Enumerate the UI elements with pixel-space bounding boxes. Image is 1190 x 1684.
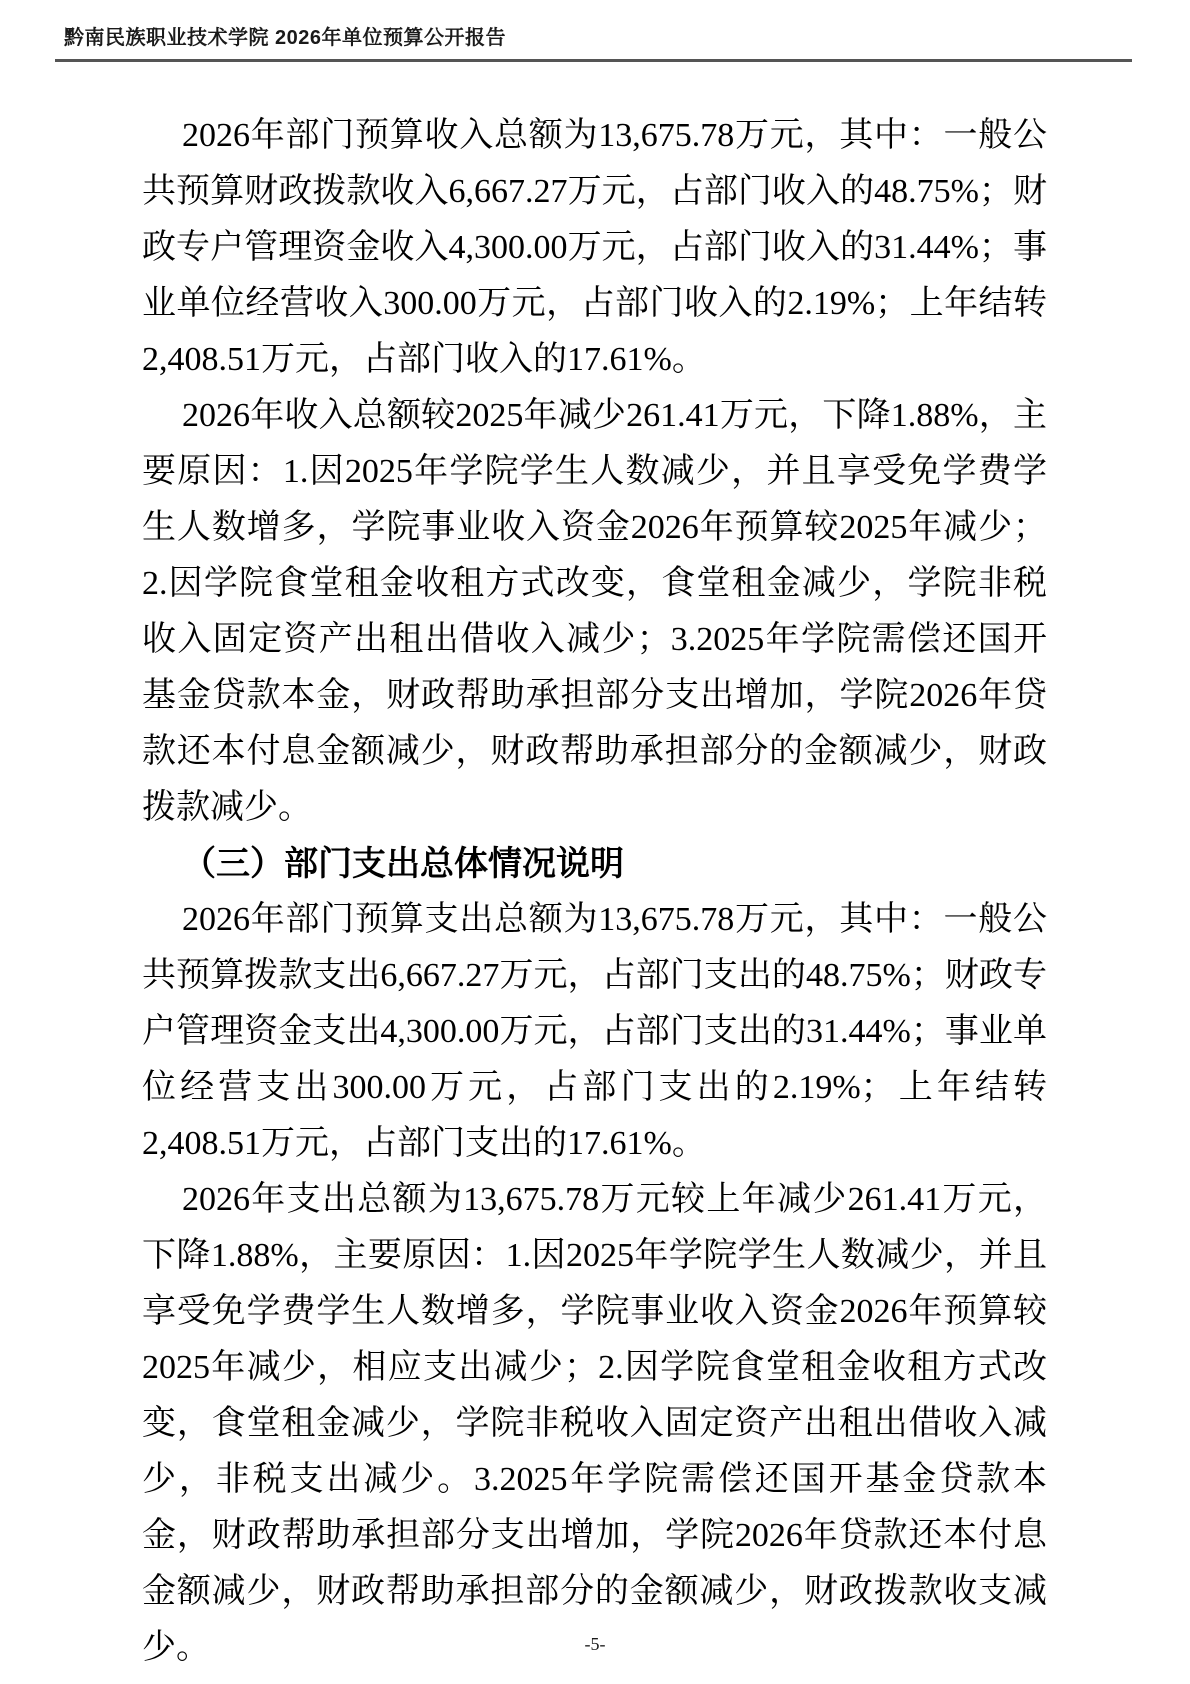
paragraph-expenditure-summary: 2026年部门预算支出总额为13,675.78万元，其中：一般公共预算拨款支出6… (142, 892, 1047, 1172)
paragraph-income-change-reasons: 2026年收入总额较2025年减少261.41万元，下降1.88%，主要原因：1… (142, 388, 1047, 836)
document-page: 黔南民族职业技术学院 2026年单位预算公开报告 2026年部门预算收入总额为1… (0, 0, 1190, 1684)
page-header: 黔南民族职业技术学院 2026年单位预算公开报告 (0, 0, 1190, 70)
header-title: 黔南民族职业技术学院 2026年单位预算公开报告 (64, 26, 506, 50)
header-rule (55, 59, 1132, 62)
paragraph-income-summary: 2026年部门预算收入总额为13,675.78万元，其中：一般公共预算财政拨款收… (142, 108, 1047, 388)
paragraph-expenditure-change-reasons: 2026年支出总额为13,675.78万元较上年减少261.41万元，下降1.8… (142, 1172, 1047, 1676)
document-body: 2026年部门预算收入总额为13,675.78万元，其中：一般公共预算财政拨款收… (142, 108, 1047, 1676)
section-heading-expenditure-overview: （三）部门支出总体情况说明 (142, 836, 1047, 892)
page-number: -5- (585, 1634, 606, 1654)
page-footer: -5- (0, 1632, 1190, 1656)
